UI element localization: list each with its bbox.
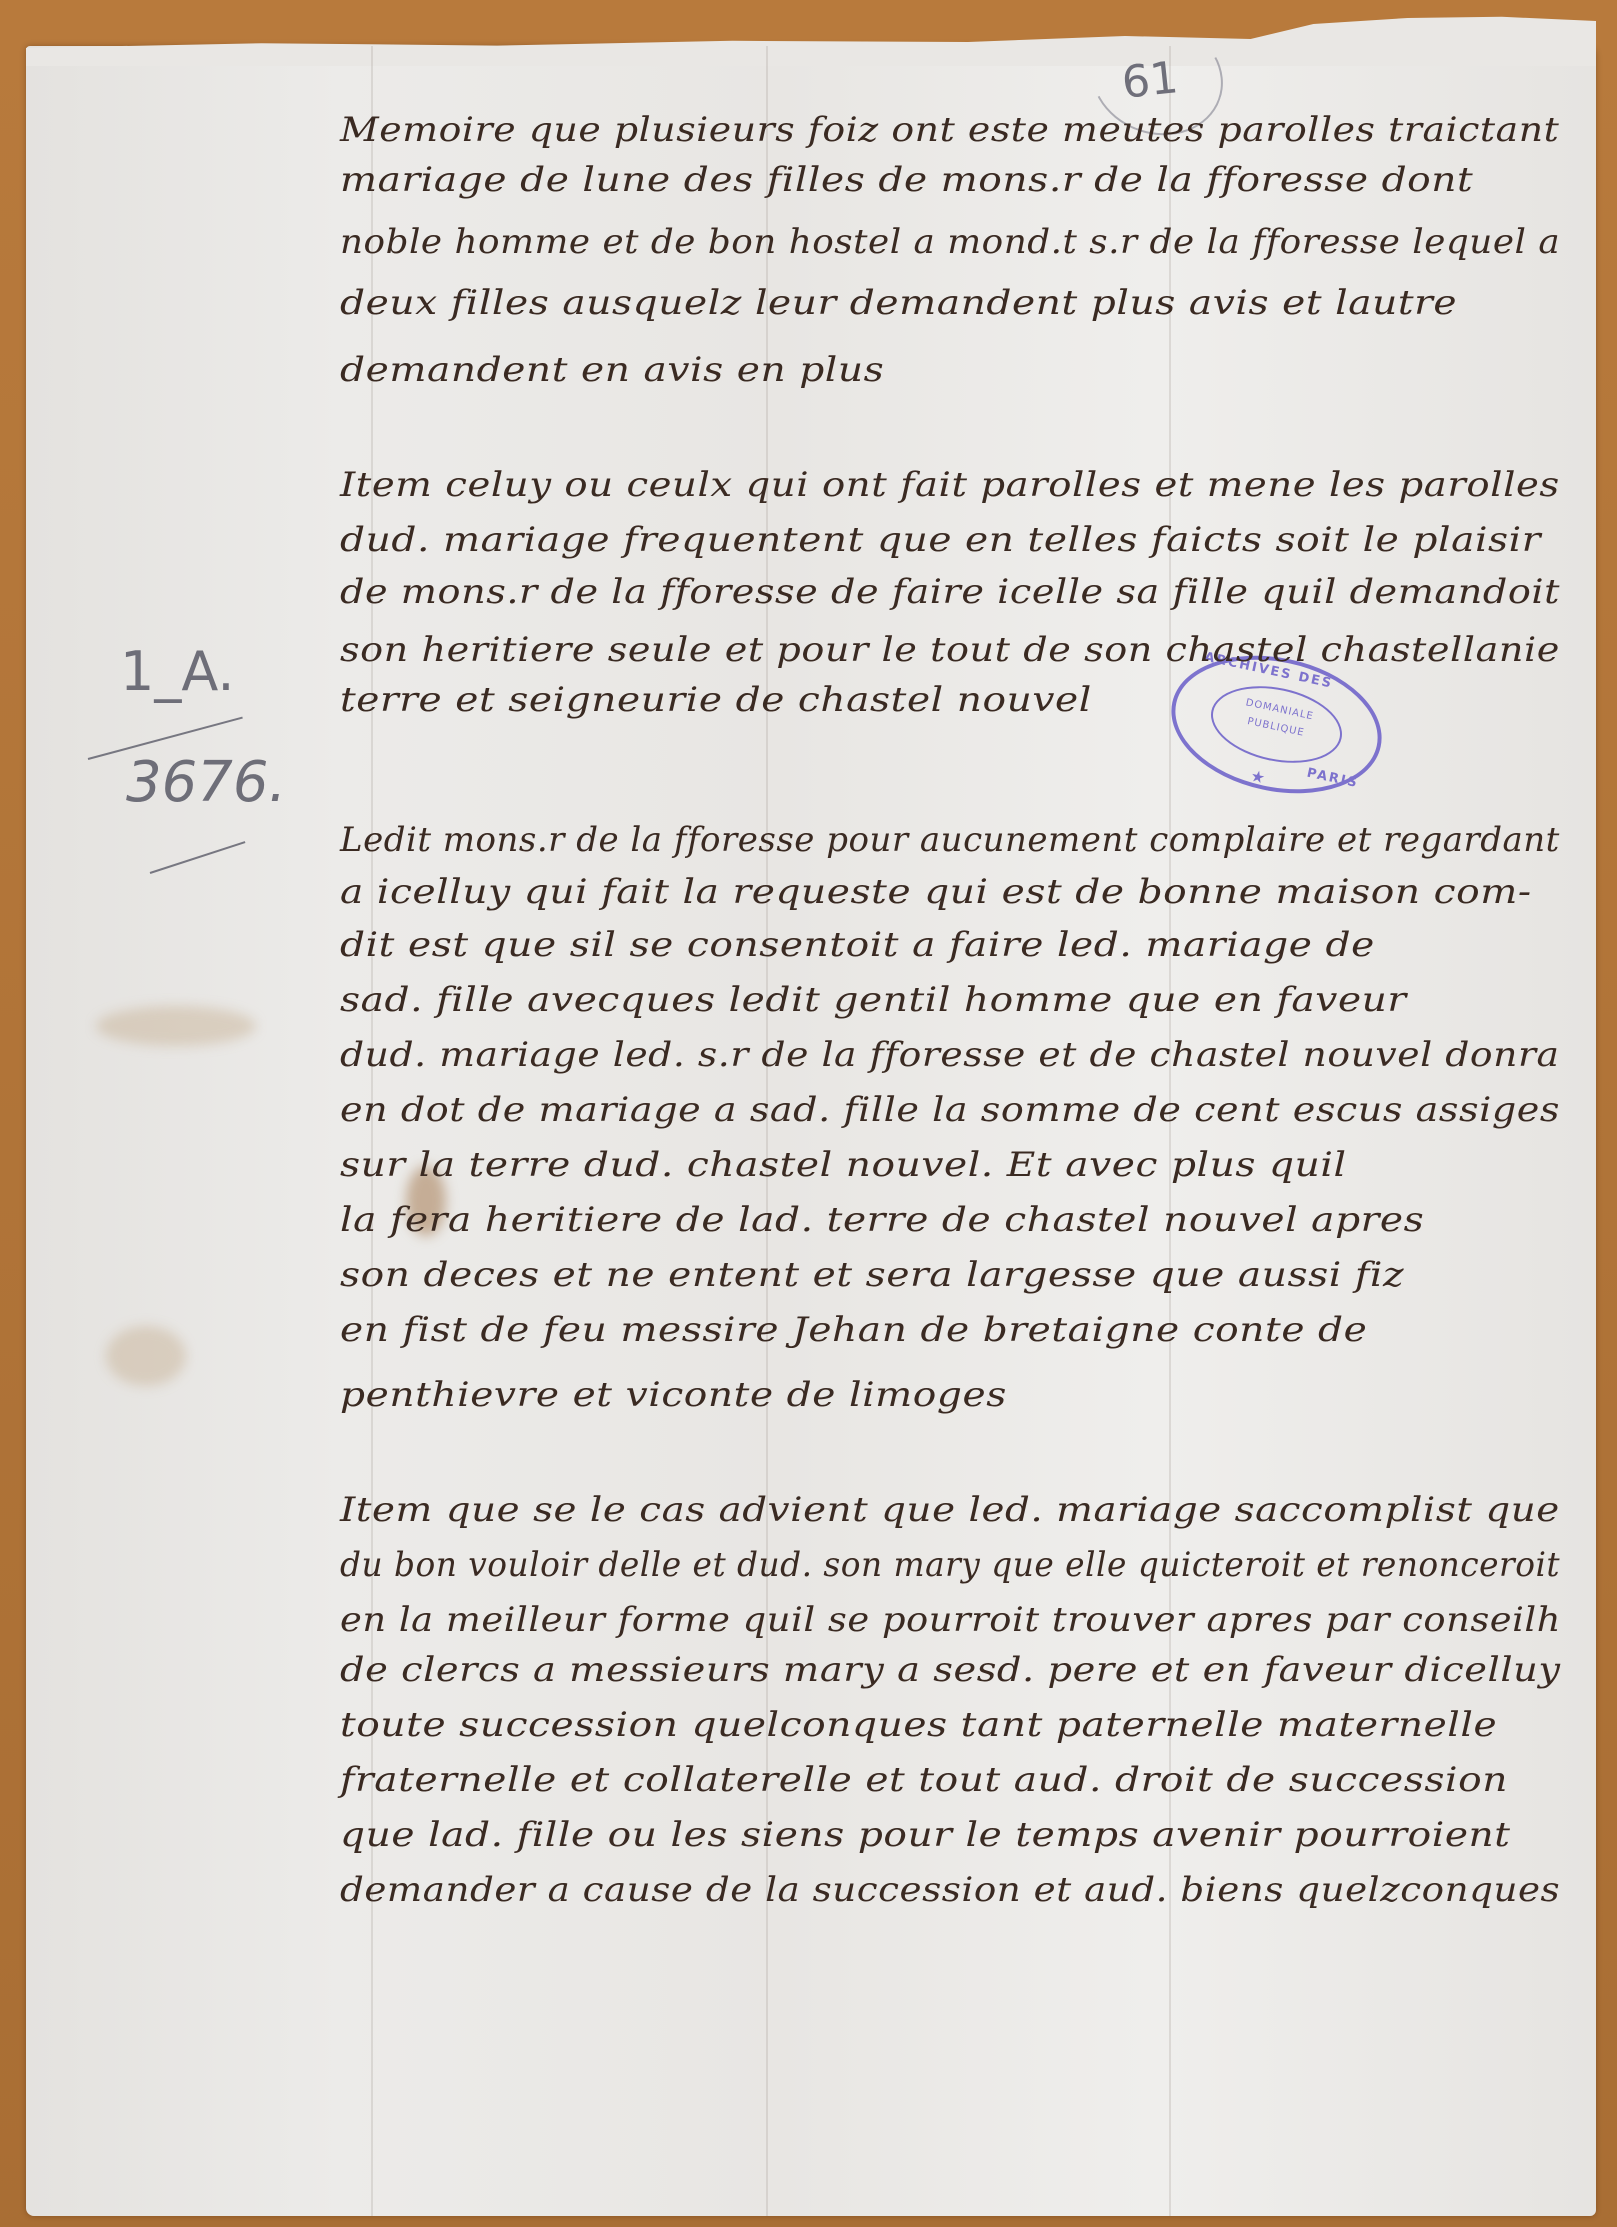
text-line: sad. fille avecques ledit gentil homme q… <box>340 980 1407 1020</box>
text-line: fraternelle et collaterelle et tout aud.… <box>340 1760 1508 1800</box>
text-line: son heritiere seule et pour le tout de s… <box>340 630 1560 670</box>
text-line: Item que se le cas advient que led. mari… <box>340 1490 1560 1530</box>
text-line: a icelluy qui fait la requeste qui est d… <box>340 872 1532 912</box>
text-line: dit est que sil se consentoit a faire le… <box>340 925 1375 965</box>
text-line: en dot de mariage a sad. fille la somme … <box>340 1090 1560 1130</box>
text-line: demandent en avis en plus <box>340 350 884 390</box>
stain <box>106 1326 186 1386</box>
text-line: sur la terre dud. chastel nouvel. Et ave… <box>340 1145 1347 1185</box>
text-line: Ledit mons.r de la fforesse pour aucunem… <box>340 820 1560 860</box>
text-line: de clercs a messieurs mary a sesd. pere … <box>340 1650 1561 1690</box>
text-line: mariage de lune des filles de mons.r de … <box>340 160 1473 200</box>
text-line: en fist de feu messire Jehan de bretaign… <box>340 1310 1367 1350</box>
text-line: toute succession quelconques tant patern… <box>340 1705 1497 1745</box>
text-line: la fera heritiere de lad. terre de chast… <box>340 1200 1424 1240</box>
text-line: son deces et ne entent et sera largesse … <box>340 1255 1404 1295</box>
text-line: terre et seigneurie de chastel nouvel <box>340 680 1092 720</box>
text-line: Item celuy ou ceulx qui ont fait parolle… <box>340 465 1560 505</box>
stain <box>96 1006 256 1046</box>
text-block: Memoire que plusieurs foiz ont este meut… <box>340 0 1580 2227</box>
shelfmark-series: 1_A. <box>120 640 235 703</box>
text-line: dud. mariage frequentent que en telles f… <box>340 520 1541 560</box>
text-line: que lad. fille ou les siens pour le temp… <box>340 1815 1511 1855</box>
text-line: Memoire que plusieurs foiz ont este meut… <box>340 110 1559 150</box>
text-line: du bon vouloir delle et dud. son mary qu… <box>340 1545 1560 1585</box>
text-line: dud. mariage led. s.r de la fforesse et … <box>340 1035 1560 1075</box>
text-line: de mons.r de la fforesse de faire icelle… <box>340 572 1560 612</box>
text-line: en la meilleur forme quil se pourroit tr… <box>340 1600 1561 1640</box>
shelfmark-underline <box>150 841 246 874</box>
text-line: demander a cause de la succession et aud… <box>340 1870 1560 1910</box>
text-line: penthievre et viconte de limoges <box>340 1375 1007 1415</box>
shelfmark-number: 3676. <box>126 750 286 815</box>
shelfmark: 1_A. 3676. <box>90 640 290 880</box>
text-line: deux filles ausquelz leur demandent plus… <box>340 283 1457 323</box>
text-line: noble homme et de bon hostel a mond.t s.… <box>340 222 1560 262</box>
